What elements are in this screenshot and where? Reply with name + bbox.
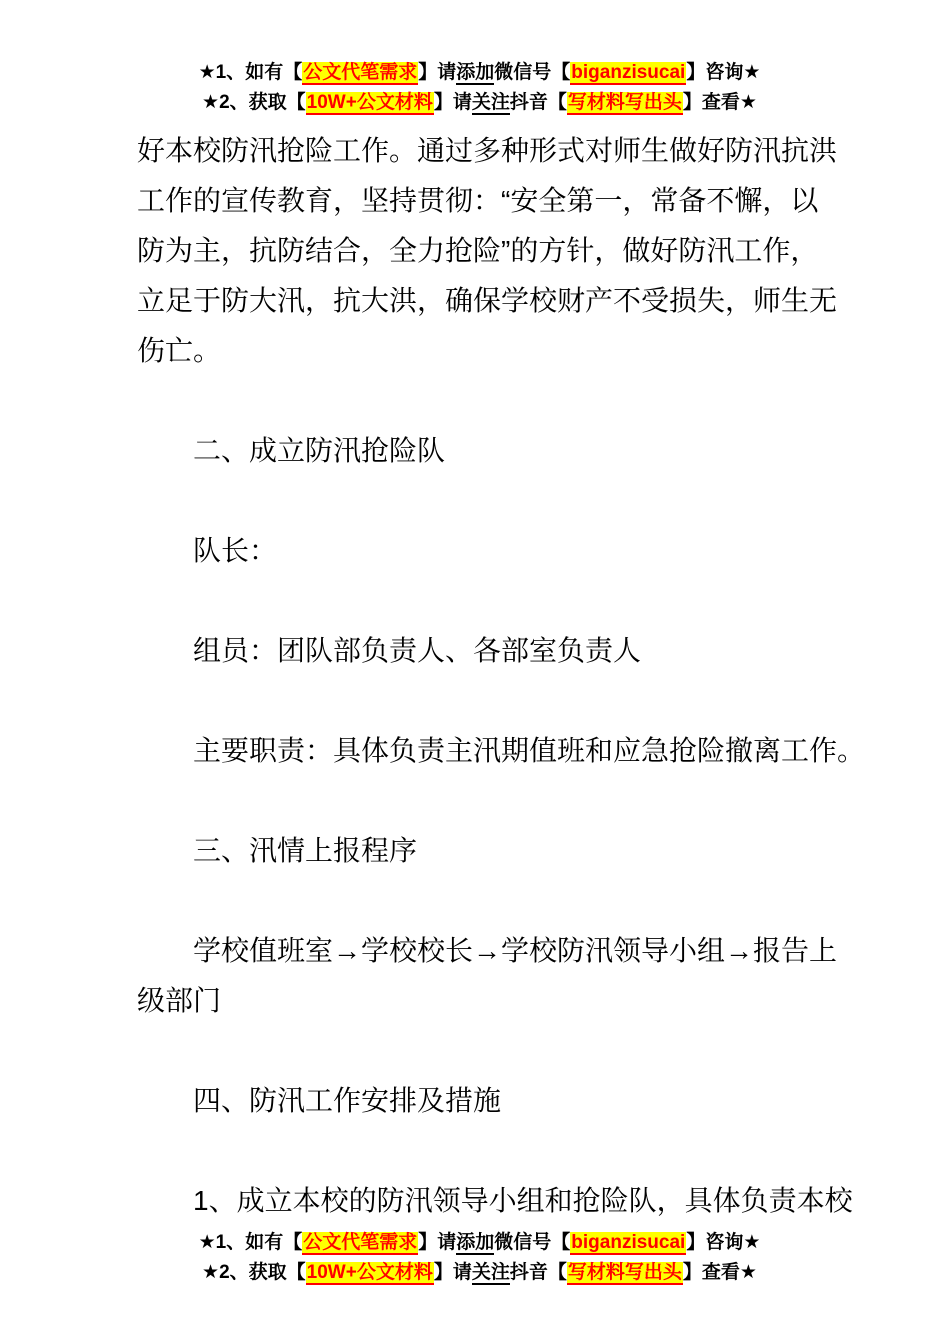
promo-text: 】查看★ bbox=[683, 92, 757, 113]
promo-header: ★1、如有【公文代笔需求】请添加微信号【biganzisucai】咨询★ ★2、… bbox=[137, 58, 822, 118]
document-page: ★1、如有【公文代笔需求】请添加微信号【biganzisucai】咨询★ ★2、… bbox=[0, 0, 950, 1344]
promo-text: 抖音【 bbox=[510, 92, 567, 113]
paragraph-main-duties: 主要职责：具体负责主汛期值班和应急抢险撤离工作。 bbox=[137, 726, 822, 776]
promo-footer-line-1: ★1、如有【公文代笔需求】请添加微信号【biganzisucai】咨询★ bbox=[137, 1228, 822, 1258]
promo-footer: ★1、如有【公文代笔需求】请添加微信号【biganzisucai】咨询★ ★2、… bbox=[137, 1228, 822, 1288]
promo-text: 抖音【 bbox=[510, 1262, 567, 1283]
promo-highlight-service: 公文代笔需求 bbox=[302, 62, 418, 85]
promo-text: ★1、如有【 bbox=[199, 62, 303, 83]
promo-footer-line-2: ★2、获取【10W+公文材料】请关注抖音【写材料写出头】查看★ bbox=[137, 1258, 822, 1288]
paragraph-line: 二、成立防汛抢险队 bbox=[137, 426, 822, 476]
paragraph-line: 四、防汛工作安排及措施 bbox=[137, 1076, 822, 1126]
promo-header-line-1: ★1、如有【公文代笔需求】请添加微信号【biganzisucai】咨询★ bbox=[137, 58, 822, 88]
paragraph-report-chain: 学校值班室→学校校长→学校防汛领导小组→报告上 级部门 bbox=[137, 926, 822, 1026]
paragraph-line: 主要职责：具体负责主汛期值班和应急抢险撤离工作。 bbox=[137, 726, 822, 776]
paragraph-line: 组员：团队部负责人、各部室负责人 bbox=[137, 626, 822, 676]
paragraph-line: 1、成立本校的防汛领导小组和抢险队，具体负责本校 bbox=[137, 1176, 822, 1226]
promo-underline-follow: 关注 bbox=[472, 92, 510, 115]
paragraph-line: 好本校防汛抢险工作。通过多种形式对师生做好防汛抗洪 bbox=[137, 126, 822, 176]
section-heading-2: 二、成立防汛抢险队 bbox=[137, 426, 822, 476]
promo-text: 】请 bbox=[418, 62, 456, 83]
promo-highlight-materials: 10W+公文材料 bbox=[306, 92, 434, 115]
promo-highlight-wechat-id: biganzisucai bbox=[570, 1232, 686, 1255]
promo-highlight-service: 公文代笔需求 bbox=[302, 1232, 418, 1255]
promo-text: ★1、如有【 bbox=[199, 1232, 303, 1253]
promo-text: 】请 bbox=[418, 1232, 456, 1253]
promo-text: 】咨询★ bbox=[686, 1232, 760, 1253]
paragraph-line: 伤亡。 bbox=[137, 326, 822, 376]
promo-text: 】咨询★ bbox=[686, 62, 760, 83]
promo-highlight-wechat-id: biganzisucai bbox=[570, 62, 686, 85]
promo-text: ★2、获取【 bbox=[202, 92, 306, 113]
paragraph-line: 学校值班室→学校校长→学校防汛领导小组→报告上 bbox=[137, 926, 822, 976]
paragraph-line: 三、汛情上报程序 bbox=[137, 826, 822, 876]
promo-highlight-materials: 10W+公文材料 bbox=[306, 1262, 434, 1285]
promo-underline-add: 添加 bbox=[456, 1232, 494, 1255]
paragraph-line: 立足于防大汛，抗大洪，确保学校财产不受损失，师生无 bbox=[137, 276, 822, 326]
document-body: 好本校防汛抢险工作。通过多种形式对师生做好防汛抗洪 工作的宣传教育，坚持贯彻：“… bbox=[137, 126, 822, 1226]
paragraph-continuation: 好本校防汛抢险工作。通过多种形式对师生做好防汛抗洪 工作的宣传教育，坚持贯彻：“… bbox=[137, 126, 822, 376]
paragraph-team-leader: 队长： bbox=[137, 526, 822, 576]
paragraph-line: 级部门 bbox=[137, 976, 822, 1026]
promo-highlight-douyin-id: 写材料写出头 bbox=[567, 92, 683, 115]
promo-text: 微信号【 bbox=[494, 62, 570, 83]
promo-underline-follow: 关注 bbox=[472, 1262, 510, 1285]
paragraph-line: 防为主，抗防结合，全力抢险”的方针，做好防汛工作， bbox=[137, 226, 822, 276]
paragraph-line: 工作的宣传教育，坚持贯彻：“安全第一，常备不懈，以 bbox=[137, 176, 822, 226]
paragraph-line: 队长： bbox=[137, 526, 822, 576]
promo-underline-add: 添加 bbox=[456, 62, 494, 85]
section-heading-3: 三、汛情上报程序 bbox=[137, 826, 822, 876]
promo-text: 微信号【 bbox=[494, 1232, 570, 1253]
promo-text: 】请 bbox=[434, 92, 472, 113]
promo-text: 】请 bbox=[434, 1262, 472, 1283]
paragraph-team-members: 组员：团队部负责人、各部室负责人 bbox=[137, 626, 822, 676]
section-heading-4: 四、防汛工作安排及措施 bbox=[137, 1076, 822, 1126]
promo-header-line-2: ★2、获取【10W+公文材料】请关注抖音【写材料写出头】查看★ bbox=[137, 88, 822, 118]
promo-text: ★2、获取【 bbox=[202, 1262, 306, 1283]
paragraph-item-1: 1、成立本校的防汛领导小组和抢险队，具体负责本校 bbox=[137, 1176, 822, 1226]
promo-highlight-douyin-id: 写材料写出头 bbox=[567, 1262, 683, 1285]
promo-text: 】查看★ bbox=[683, 1262, 757, 1283]
